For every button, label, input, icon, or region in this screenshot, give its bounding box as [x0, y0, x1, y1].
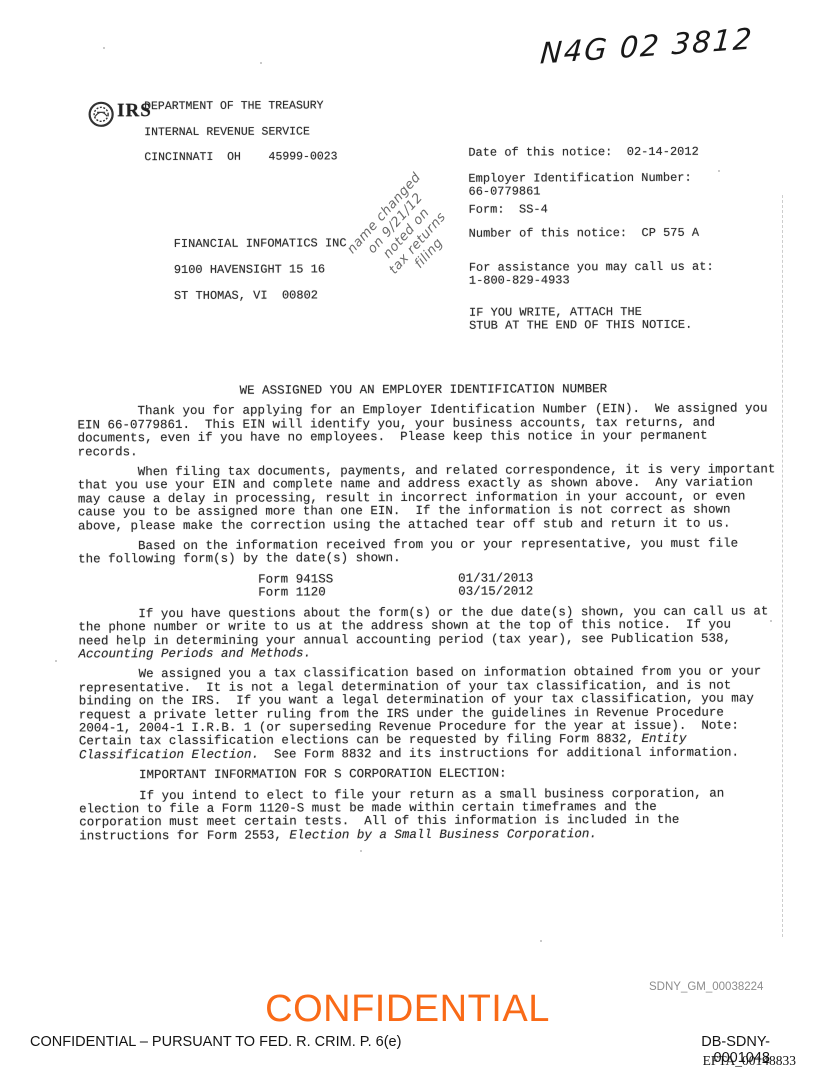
paragraph-s-corporation: If you intend to elect to file your retu… [79, 787, 791, 844]
form-name: Form 1120 [258, 586, 458, 600]
scan-speck [260, 62, 262, 64]
notice-number-line: Number of this notice: CP 575 A [469, 227, 714, 241]
form-due-date: 03/15/2012 [458, 585, 533, 599]
paragraph-tax-classification-tail: See Form 8832 and its instructions for a… [259, 745, 739, 761]
irs-seal-icon [88, 101, 114, 132]
header-line-1: DEPARTMENT OF THE TREASURY [144, 99, 323, 113]
notice-date-line: Date of this notice: 02-14-2012 [468, 146, 713, 160]
bates-efta: EFTA_00148833 [668, 1053, 796, 1069]
form-2553-title-italic: Election by a Small Business Corporation… [289, 827, 597, 842]
header-line-3: CINCINNATI OH 45999-0023 [144, 150, 337, 164]
scan-speck [55, 660, 57, 662]
form-line: Form: SS-4 [469, 203, 714, 217]
scan-speck [360, 850, 362, 852]
notice-body: WE ASSIGNED YOU AN EMPLOYER IDENTIFICATI… [77, 382, 791, 850]
paragraph-filing-importance: When filing tax documents, payments, and… [78, 463, 790, 533]
notice-number-value: CP 575 A [641, 226, 699, 240]
notice-info-block: Date of this notice: 02-14-2012 Employer… [468, 146, 714, 333]
required-forms-table: Form 941SS01/31/2013 Form 112003/15/2012 [78, 571, 790, 601]
paragraph-questions: If you have questions about the form(s) … [78, 605, 790, 662]
scan-speck [770, 620, 772, 622]
header-line-2: INTERNAL REVENUE SERVICE [144, 125, 310, 139]
footer-confidentiality-notice: CONFIDENTIAL – PURSUANT TO FED. R. CRIM.… [30, 1034, 401, 1050]
irs-header-address: DEPARTMENT OF THE TREASURY INTERNAL REVE… [144, 100, 338, 165]
scan-speck [718, 170, 720, 172]
scan-speck [540, 940, 542, 942]
write-instruction-line-2: STUB AT THE END OF THIS NOTICE. [469, 319, 714, 333]
paragraph-tax-classification: We assigned you a tax classification bas… [79, 666, 791, 763]
publication-title-italic: Accounting Periods and Methods. [78, 646, 311, 661]
notice-date-label: Date of this notice: [468, 145, 626, 160]
paragraph-questions-text: If you have questions about the form(s) … [78, 604, 768, 648]
typed-document-content: IRS DEPARTMENT OF THE TREASURY INTERNAL … [0, 0, 815, 1081]
ein-value: 66-0779861 [468, 185, 713, 199]
notice-title: WE ASSIGNED YOU AN EMPLOYER IDENTIFICATI… [77, 382, 769, 398]
recipient-address: FINANCIAL INFOMATICS INC 9100 HAVENSIGHT… [174, 237, 347, 303]
scanned-irs-notice-page: N4G 02 3812 IRS DEPARTMENT OF THE TREASU… [0, 0, 815, 1081]
assistance-phone: 1-800-829-4933 [469, 274, 714, 288]
recipient-street: 9100 HAVENSIGHT 15 16 [174, 262, 325, 277]
handwritten-annotation: name changed on 9/21/12 noted on tax ret… [321, 144, 491, 322]
confidential-stamp: CONFIDENTIAL [0, 988, 815, 1031]
scan-speck [120, 500, 122, 502]
notice-date-value: 02-14-2012 [627, 145, 699, 159]
scan-artifact-dashed-line [782, 195, 783, 937]
notice-number-label: Number of this notice: [469, 226, 642, 241]
form-row: Form 112003/15/2012 [78, 585, 790, 602]
paragraph-ein-assigned: Thank you for applying for an Employer I… [77, 403, 789, 460]
recipient-name: FINANCIAL INFOMATICS INC [174, 236, 347, 251]
scan-speck [103, 47, 105, 49]
s-corporation-heading: IMPORTANT INFORMATION FOR S CORPORATION … [79, 766, 791, 783]
recipient-city: ST THOMAS, VI 00802 [174, 288, 318, 303]
form-value: SS-4 [519, 202, 548, 216]
paragraph-must-file: Based on the information received from y… [78, 537, 790, 567]
